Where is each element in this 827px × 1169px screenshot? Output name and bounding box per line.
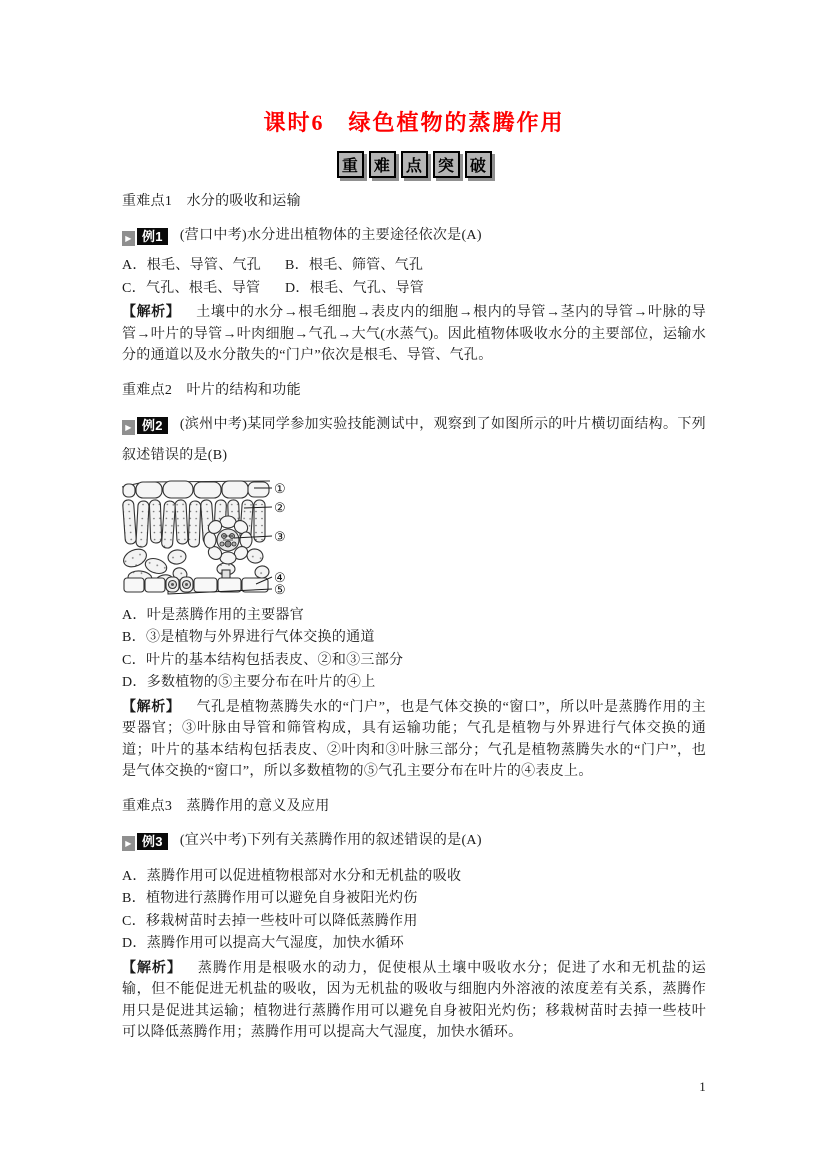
option-d: D．多数植物的⑤主要分布在叶片的④上 (122, 672, 706, 695)
analysis-label: 【解析】 (122, 700, 180, 715)
option-c: C．气孔、根毛、导管 (122, 278, 285, 301)
option-a: A．根毛、导管、气孔 (122, 255, 285, 278)
option-d: D．根毛、气孔、导管 (285, 281, 424, 296)
section-heading-2: 重难点2 叶片的结构和功能 (122, 381, 706, 401)
option-a: A．叶是蒸腾作用的主要器官 (122, 605, 706, 628)
example-3-options: A．蒸腾作用可以促进植物根部对水分和无机盐的吸收 B．植物进行蒸腾作用可以避免自… (122, 866, 706, 956)
example-1-question: (营口中考)水分进出植物体的主要途径依次是(A) (180, 228, 482, 243)
play-triangle-icon: ▶ (122, 231, 135, 246)
banner-box: 难 (369, 151, 396, 178)
analysis-text: 气孔是植物蒸腾失水的“门户”，也是气体交换的“窗口”，所以叶是蒸腾作用的主要器官… (122, 700, 706, 780)
example-1-paragraph: ▶例1(营口中考)水分进出植物体的主要途径依次是(A) (122, 220, 706, 251)
example-2-question: (滨州中考)某同学参加实验技能测试中，观察到了如图所示的叶片横切面结构。下列叙述… (122, 417, 706, 463)
option-b: B．根毛、筛管、气孔 (285, 258, 423, 273)
page-title: 课时6 绿色植物的蒸腾作用 (122, 110, 706, 136)
page-number: 1 (122, 1078, 706, 1096)
example-3-badge: 例3 (137, 833, 168, 850)
figure-label-2: ② (274, 500, 286, 515)
example-2-paragraph: ▶例2(滨州中考)某同学参加实验技能测试中，观察到了如图所示的叶片横切面结构。下… (122, 409, 706, 471)
banner-box: 重 (337, 151, 364, 178)
option-row: A．根毛、导管、气孔B．根毛、筛管、气孔 (122, 255, 706, 278)
banner-box: 点 (401, 151, 428, 178)
document-body: 课时6 绿色植物的蒸腾作用 重 难 点 突 破 重难点1 水分的吸收和运输 ▶例… (122, 110, 706, 1046)
figure-wrap: ① ② ③ ④ ⑤ (122, 474, 706, 601)
leaf-tissue-drawing (122, 481, 270, 592)
figure-label-5: ⑤ (274, 582, 286, 596)
option-b: B．植物进行蒸腾作用可以避免自身被阳光灼伤 (122, 888, 706, 911)
analysis-label: 【解析】 (122, 961, 182, 976)
section-heading-1: 重难点1 水分的吸收和运输 (122, 192, 706, 212)
analysis-text: 蒸腾作用是根吸水的动力，促使根从土壤中吸收水分；促进了水和无机盐的运输，但不能促… (122, 961, 706, 1041)
example-1-badge: 例1 (137, 228, 168, 245)
example-2-options: A．叶是蒸腾作用的主要器官 B．③是植物与外界进行气体交换的通道 C．叶片的基本… (122, 605, 706, 695)
example-3-question: (宜兴中考)下列有关蒸腾作用的叙述错误的是(A) (180, 833, 482, 848)
analysis-label: 【解析】 (122, 305, 180, 320)
option-row: C．气孔、根毛、导管D．根毛、气孔、导管 (122, 278, 706, 301)
play-triangle-icon: ▶ (122, 836, 135, 851)
analysis-text: 土壤中的水分→根毛细胞→表皮内的细胞→根内的导管→茎内的导管→叶脉的导管→叶片的… (122, 305, 706, 363)
example-1-options: A．根毛、导管、气孔B．根毛、筛管、气孔 C．气孔、根毛、导管D．根毛、气孔、导… (122, 255, 706, 300)
leaf-cross-section-figure: ① ② ③ ④ ⑤ (122, 474, 300, 596)
figure-label-3: ③ (274, 529, 286, 544)
option-c: C．移栽树苗时去掉一些枝叶可以降低蒸腾作用 (122, 911, 706, 934)
figure-label-1: ① (274, 481, 286, 496)
banner-box: 破 (465, 151, 492, 178)
option-d: D．蒸腾作用可以提高大气湿度，加快水循环 (122, 933, 706, 956)
option-a: A．蒸腾作用可以促进植物根部对水分和无机盐的吸收 (122, 866, 706, 889)
analysis-1: 【解析】土壤中的水分→根毛细胞→表皮内的细胞→根内的导管→茎内的导管→叶脉的导管… (122, 302, 706, 367)
example-2-badge: 例2 (137, 417, 168, 434)
analysis-3: 【解析】蒸腾作用是根吸水的动力，促使根从土壤中吸收水分；促进了水和无机盐的运输，… (122, 958, 706, 1044)
analysis-2: 【解析】气孔是植物蒸腾失水的“门户”，也是气体交换的“窗口”，所以叶是蒸腾作用的… (122, 697, 706, 783)
play-triangle-icon: ▶ (122, 420, 135, 435)
banner-box: 突 (433, 151, 460, 178)
section-heading-3: 重难点3 蒸腾作用的意义及应用 (122, 797, 706, 817)
option-c: C．叶片的基本结构包括表皮、②和③三部分 (122, 650, 706, 673)
example-3-paragraph: ▶例3(宜兴中考)下列有关蒸腾作用的叙述错误的是(A) (122, 825, 706, 856)
option-b: B．③是植物与外界进行气体交换的通道 (122, 627, 706, 650)
banner: 重 难 点 突 破 (122, 151, 706, 178)
